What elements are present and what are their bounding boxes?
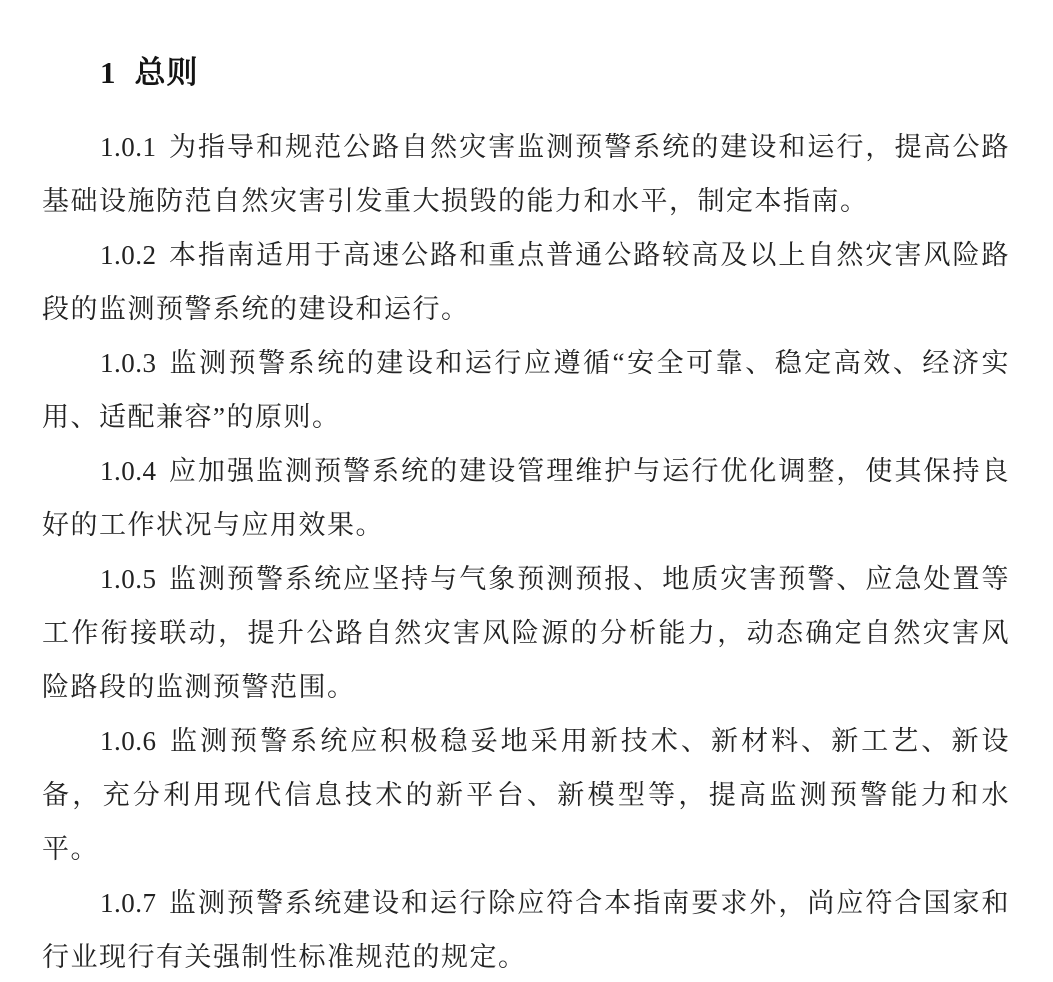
clause-1-0-4: 1.0.4应加强监测预警系统的建设管理维护与运行优化调整，使其保持良好的工作状况… (42, 444, 1010, 552)
document-page: 1总则 1.0.1为指导和规范公路自然灾害监测预警系统的建设和运行，提高公路基础… (0, 0, 1053, 982)
clause-number: 1.0.1 (100, 132, 157, 162)
clause-text: 本指南适用于高速公路和重点普通公路较高及以上自然灾害风险路段的监测预警系统的建设… (42, 240, 1010, 324)
section-heading: 1总则 (100, 52, 1010, 94)
section-title: 总则 (135, 55, 199, 90)
clause-1-0-7: 1.0.7监测预警系统建设和运行除应符合本指南要求外，尚应符合国家和行业现行有关… (42, 876, 1010, 982)
clause-number: 1.0.5 (100, 564, 157, 594)
clause-1-0-3: 1.0.3监测预警系统的建设和运行应遵循“安全可靠、稳定高效、经济实用、适配兼容… (42, 336, 1010, 444)
clause-text: 监测预警系统建设和运行除应符合本指南要求外，尚应符合国家和行业现行有关强制性标准… (42, 888, 1010, 972)
section-number: 1 (100, 55, 117, 90)
clause-1-0-1: 1.0.1为指导和规范公路自然灾害监测预警系统的建设和运行，提高公路基础设施防范… (42, 120, 1010, 228)
clause-text: 监测预警系统的建设和运行应遵循“安全可靠、稳定高效、经济实用、适配兼容”的原则。 (42, 348, 1010, 432)
clause-text: 监测预警系统应积极稳妥地采用新技术、新材料、新工艺、新设备，充分利用现代信息技术… (42, 726, 1010, 864)
clause-text: 应加强监测预警系统的建设管理维护与运行优化调整，使其保持良好的工作状况与应用效果… (42, 456, 1010, 540)
clause-text: 为指导和规范公路自然灾害监测预警系统的建设和运行，提高公路基础设施防范自然灾害引… (42, 132, 1010, 216)
clause-text: 监测预警系统应坚持与气象预测预报、地质灾害预警、应急处置等工作衔接联动，提升公路… (42, 564, 1010, 702)
clause-number: 1.0.4 (100, 456, 157, 486)
clause-number: 1.0.2 (100, 240, 157, 270)
clause-1-0-6: 1.0.6监测预警系统应积极稳妥地采用新技术、新材料、新工艺、新设备，充分利用现… (42, 714, 1010, 876)
clause-1-0-2: 1.0.2本指南适用于高速公路和重点普通公路较高及以上自然灾害风险路段的监测预警… (42, 228, 1010, 336)
clause-1-0-5: 1.0.5监测预警系统应坚持与气象预测预报、地质灾害预警、应急处置等工作衔接联动… (42, 552, 1010, 714)
clause-number: 1.0.3 (100, 348, 157, 378)
clause-number: 1.0.7 (100, 888, 157, 918)
clause-number: 1.0.6 (100, 726, 157, 756)
